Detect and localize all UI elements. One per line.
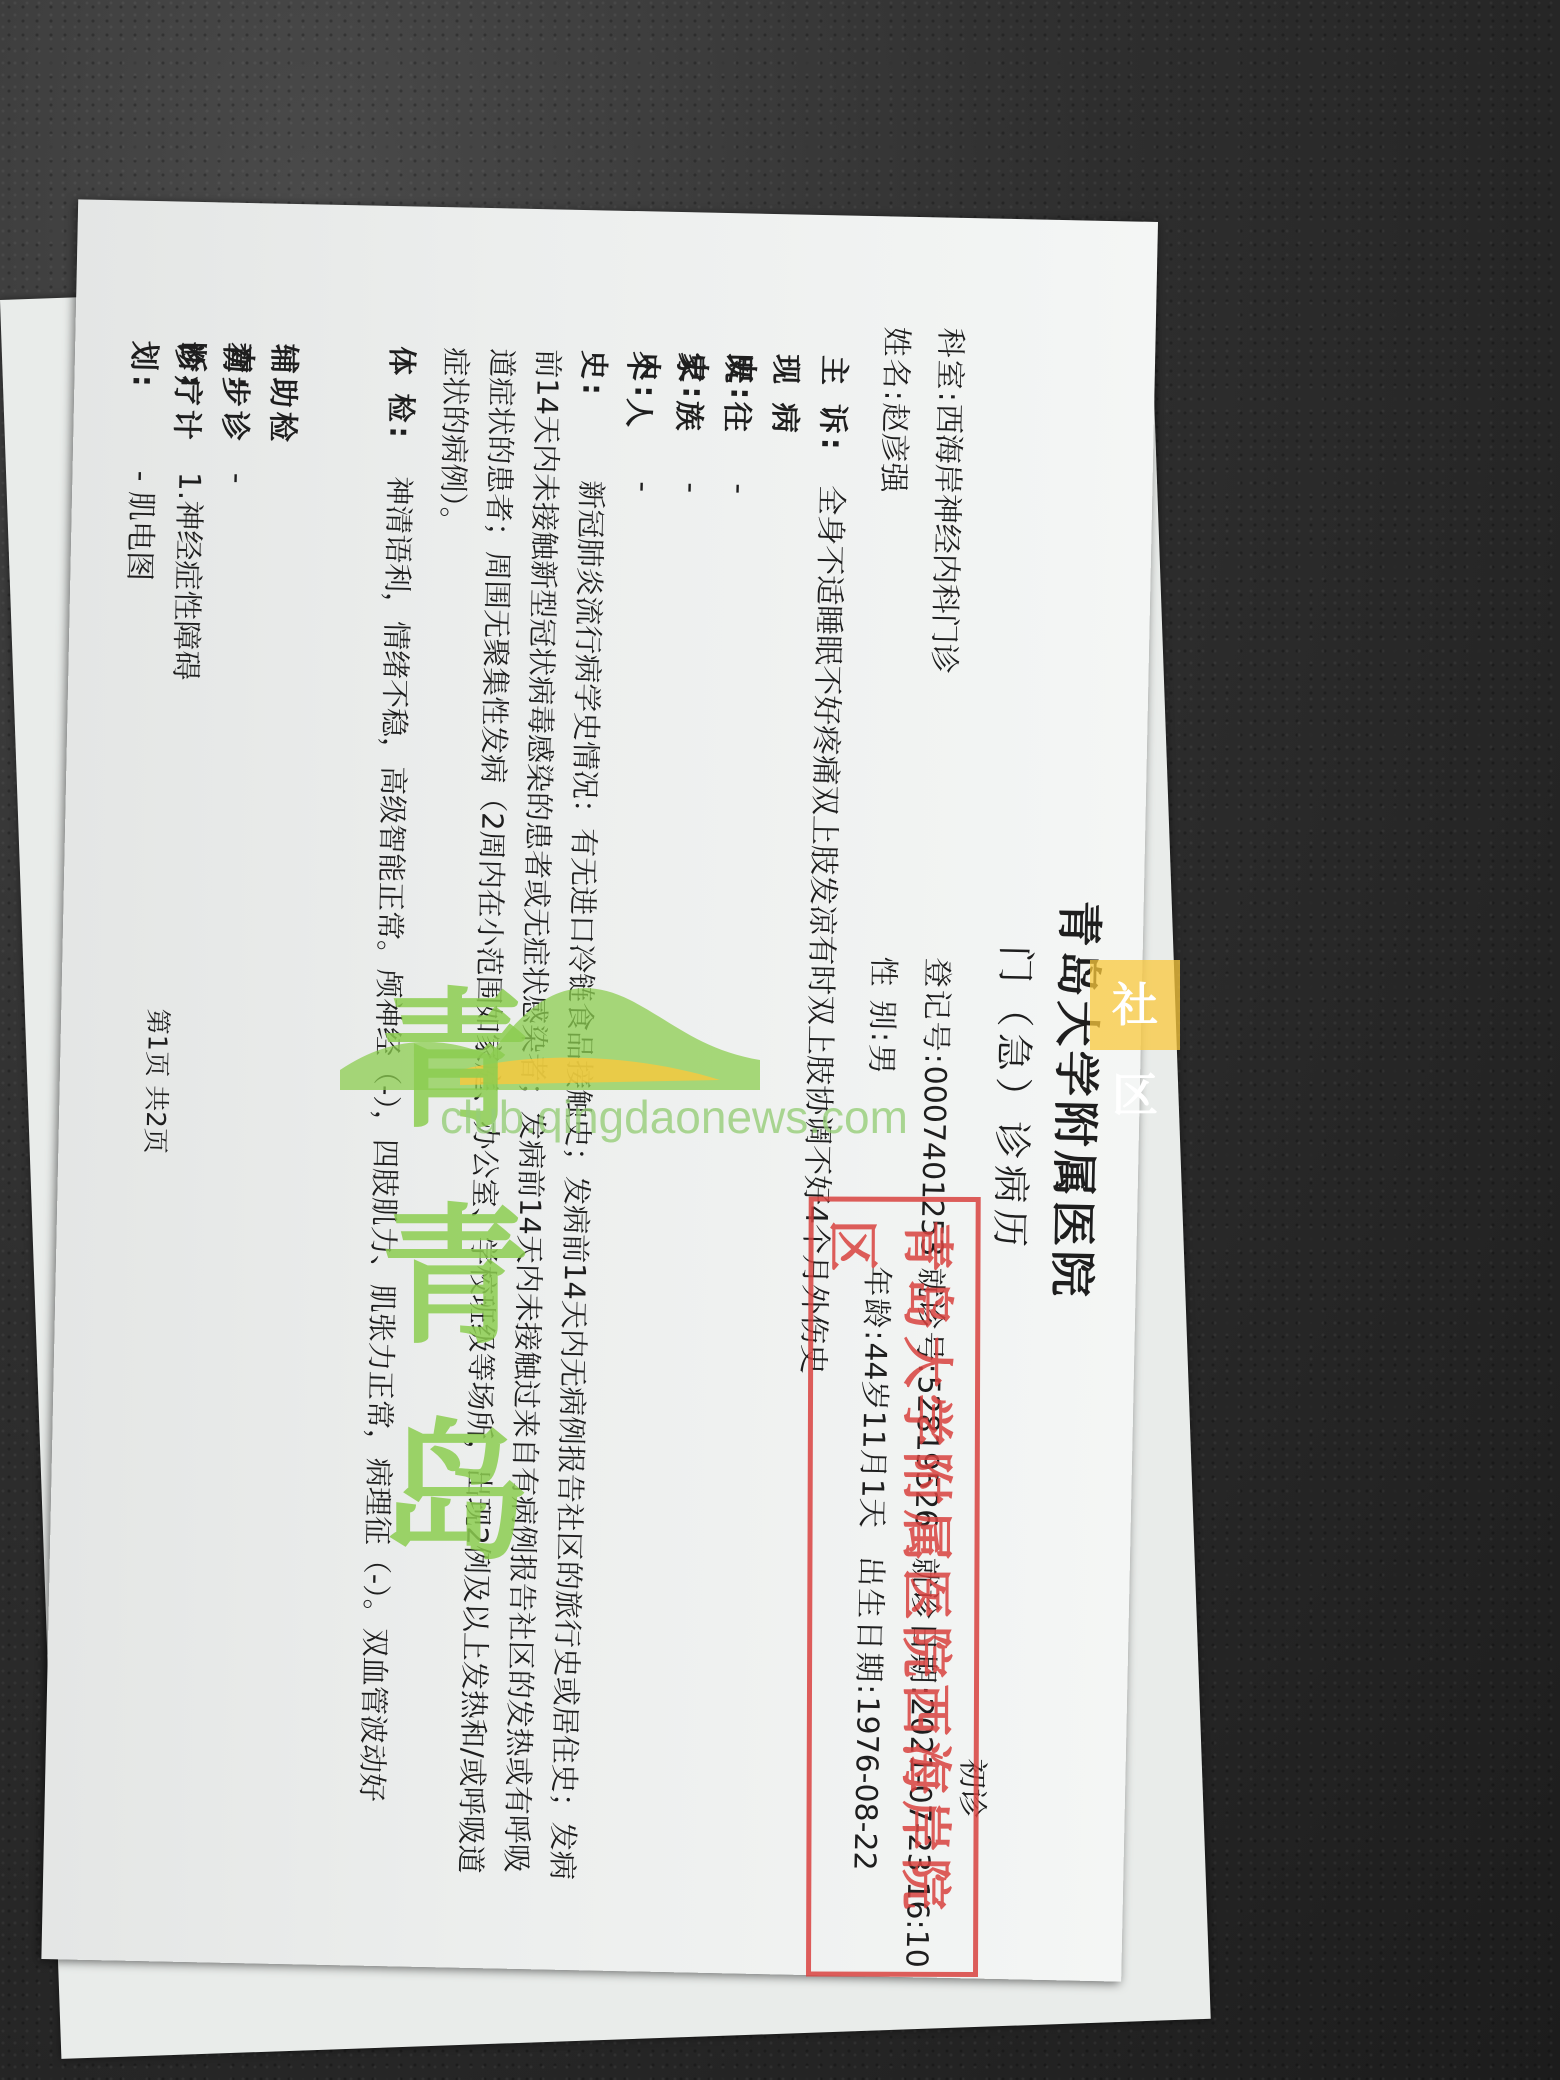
department-value: 西海岸神经内科门诊 <box>925 403 966 674</box>
sex-field: 性 别:男 <box>862 956 908 1075</box>
registration-label: 登记号: <box>917 957 954 1066</box>
department-field: 科室:西海岸神经内科门诊 <box>924 327 975 674</box>
sex-label: 性 别: <box>864 956 901 1044</box>
personal-history: 个 人 史:新冠肺炎流行病学史情况：有无进口冷链食品接触史；发病前14天内无病例… <box>401 347 663 1891</box>
hospital-stamp: 青岛大学附属医院西海岸院区 <box>806 1196 981 1977</box>
name-value: 赵彦强 <box>875 402 912 493</box>
department-label: 科室: <box>931 327 968 404</box>
name-field: 姓名:赵彦强 <box>874 326 921 493</box>
section-value: 新冠肺炎流行病学史情况：有无进口冷链食品接触史；发病前14天内无病例报告社区的旅… <box>435 347 608 1880</box>
section-key: 个 人 史: <box>568 350 663 482</box>
section-key: 主 诉: <box>808 355 855 486</box>
name-label: 姓名: <box>877 326 914 403</box>
medical-record-page: 青岛大学附属医院 门（急）诊病历 初诊 科室:西海岸神经内科门诊 登记号:000… <box>41 199 1158 1981</box>
sex-value: 男 <box>863 1044 899 1075</box>
section-key: 体 检: <box>377 346 426 477</box>
